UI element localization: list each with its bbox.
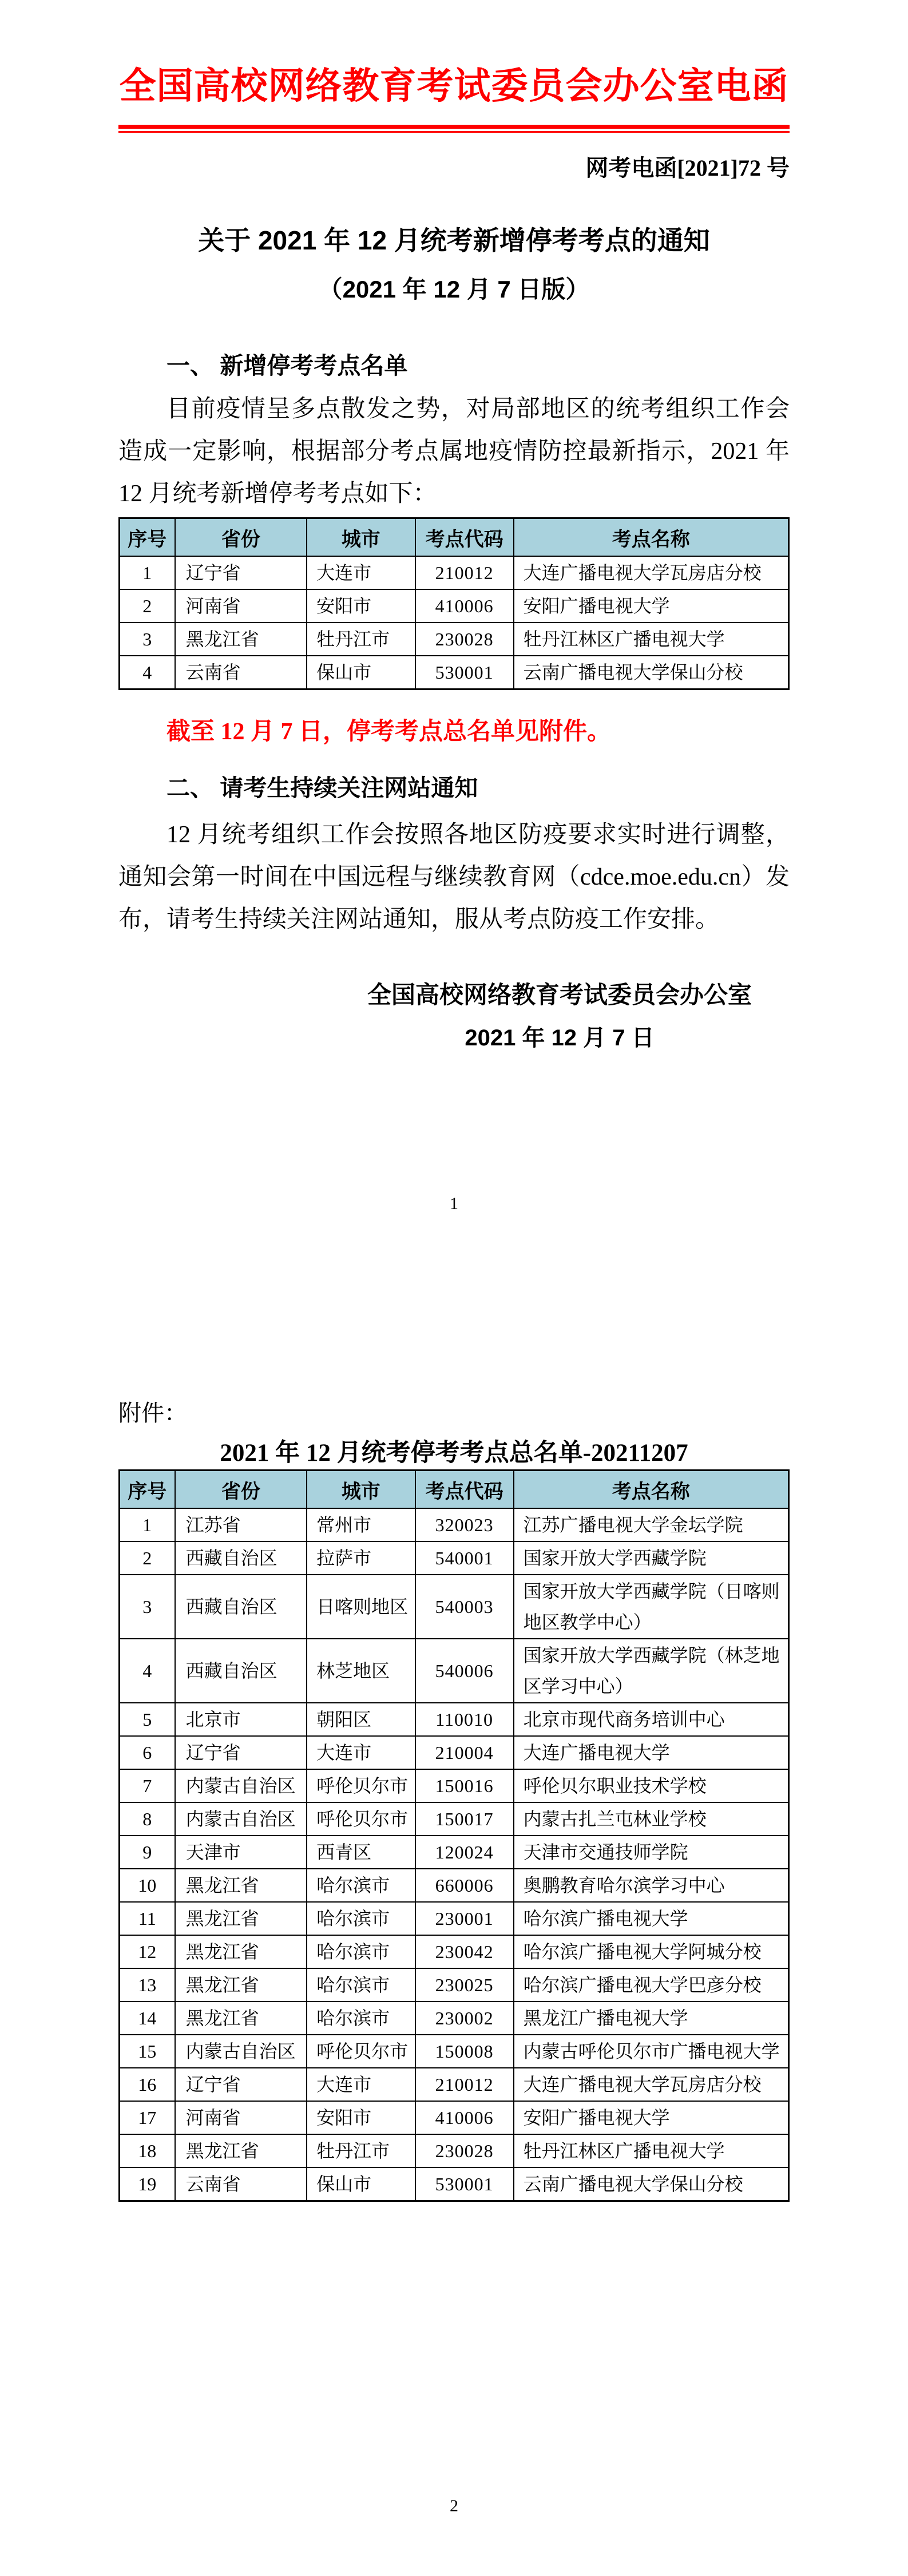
cell-city: 大连市 bbox=[307, 2068, 415, 2101]
cell-province: 辽宁省 bbox=[175, 2068, 307, 2101]
cell-seq: 1 bbox=[120, 1508, 175, 1541]
cell-code: 540006 bbox=[415, 1639, 514, 1703]
page-number-2: 2 bbox=[118, 2494, 790, 2519]
cell-seq: 13 bbox=[120, 1968, 175, 2002]
cell-name: 牡丹江林区广播电视大学 bbox=[514, 2134, 789, 2167]
table-row: 10黑龙江省哈尔滨市660006奥鹏教育哈尔滨学习中心 bbox=[120, 1869, 789, 1902]
cell-seq: 4 bbox=[120, 656, 175, 689]
cell-seq: 8 bbox=[120, 1802, 175, 1836]
cell-code: 530001 bbox=[415, 2167, 514, 2201]
table-row: 2西藏自治区拉萨市540001国家开放大学西藏学院 bbox=[120, 1541, 789, 1575]
signature-date: 2021 年 12 月 7 日 bbox=[367, 1022, 752, 1054]
cell-city: 大连市 bbox=[307, 1736, 415, 1769]
cell-name: 哈尔滨广播电视大学巴彦分校 bbox=[514, 1968, 789, 2002]
page-number-1: 1 bbox=[118, 1191, 790, 1216]
attachment-label: 附件： bbox=[118, 1397, 790, 1429]
header-code: 考点代码 bbox=[415, 518, 514, 557]
cell-city: 林芝地区 bbox=[307, 1639, 415, 1703]
cell-code: 410006 bbox=[415, 589, 514, 623]
cell-seq: 14 bbox=[120, 2002, 175, 2035]
cell-name: 内蒙古呼伦贝尔市广播电视大学 bbox=[514, 2035, 789, 2068]
cell-name: 黑龙江广播电视大学 bbox=[514, 2002, 789, 2035]
cell-code: 320023 bbox=[415, 1508, 514, 1541]
cell-name: 哈尔滨广播电视大学阿城分校 bbox=[514, 1935, 789, 1968]
cell-province: 河南省 bbox=[175, 589, 307, 623]
cell-province: 辽宁省 bbox=[175, 1736, 307, 1769]
cell-province: 黑龙江省 bbox=[175, 1869, 307, 1902]
table-row: 9天津市西青区120024天津市交通技师学院 bbox=[120, 1836, 789, 1869]
cell-code: 230028 bbox=[415, 2134, 514, 2167]
cell-province: 内蒙古自治区 bbox=[175, 2035, 307, 2068]
cell-code: 230002 bbox=[415, 2002, 514, 2035]
table-row: 4西藏自治区林芝地区540006国家开放大学西藏学院（林芝地区学习中心） bbox=[120, 1639, 789, 1703]
all-suspended-sites-table: 序号 省份 城市 考点代码 考点名称 1江苏省常州市320023江苏广播电视大学… bbox=[118, 1469, 790, 2202]
table-row: 18黑龙江省牡丹江市230028牡丹江林区广播电视大学 bbox=[120, 2134, 789, 2167]
cell-province: 河南省 bbox=[175, 2101, 307, 2134]
cell-city: 呼伦贝尔市 bbox=[307, 1769, 415, 1802]
cell-code: 230042 bbox=[415, 1935, 514, 1968]
cell-province: 辽宁省 bbox=[175, 556, 307, 589]
table-row: 5北京市朝阳区110010北京市现代商务培训中心 bbox=[120, 1703, 789, 1736]
cell-city: 保山市 bbox=[307, 2167, 415, 2201]
notice-subtitle: （2021 年 12 月 7 日版） bbox=[118, 274, 790, 306]
section1-paragraph: 目前疫情呈多点散发之势，对局部地区的统考组织工作会造成一定影响，根据部分考点属地… bbox=[118, 388, 790, 515]
table-header-row: 序号 省份 城市 考点代码 考点名称 bbox=[120, 518, 789, 557]
cell-name: 呼伦贝尔职业技术学校 bbox=[514, 1769, 789, 1802]
attachment-title: 2021 年 12 月统考停考考点总名单-20211207 bbox=[118, 1437, 790, 1469]
letterhead-title: 全国高校网络教育考试委员会办公室电函 bbox=[118, 64, 790, 108]
cell-seq: 10 bbox=[120, 1869, 175, 1902]
table-row: 7内蒙古自治区呼伦贝尔市150016呼伦贝尔职业技术学校 bbox=[120, 1769, 789, 1802]
table-row: 1辽宁省大连市210012大连广播电视大学瓦房店分校 bbox=[120, 556, 789, 589]
cell-code: 530001 bbox=[415, 656, 514, 689]
cell-seq: 7 bbox=[120, 1769, 175, 1802]
cell-province: 西藏自治区 bbox=[175, 1575, 307, 1639]
table-row: 1江苏省常州市320023江苏广播电视大学金坛学院 bbox=[120, 1508, 789, 1541]
cell-city: 牡丹江市 bbox=[307, 2134, 415, 2167]
cell-name: 大连广播电视大学瓦房店分校 bbox=[514, 2068, 789, 2101]
table-row: 15内蒙古自治区呼伦贝尔市150008内蒙古呼伦贝尔市广播电视大学 bbox=[120, 2035, 789, 2068]
cell-province: 黑龙江省 bbox=[175, 1968, 307, 2002]
table-row: 16辽宁省大连市210012大连广播电视大学瓦房店分校 bbox=[120, 2068, 789, 2101]
cell-name: 北京市现代商务培训中心 bbox=[514, 1703, 789, 1736]
cell-city: 哈尔滨市 bbox=[307, 2002, 415, 2035]
cell-province: 天津市 bbox=[175, 1836, 307, 1869]
table-row: 6辽宁省大连市210004大连广播电视大学 bbox=[120, 1736, 789, 1769]
table-row: 11黑龙江省哈尔滨市230001哈尔滨广播电视大学 bbox=[120, 1902, 789, 1935]
table-row: 12黑龙江省哈尔滨市230042哈尔滨广播电视大学阿城分校 bbox=[120, 1935, 789, 1968]
cell-seq: 4 bbox=[120, 1639, 175, 1703]
header-city: 城市 bbox=[307, 1471, 415, 1509]
cell-name: 天津市交通技师学院 bbox=[514, 1836, 789, 1869]
cell-province: 黑龙江省 bbox=[175, 2134, 307, 2167]
cell-name: 云南广播电视大学保山分校 bbox=[514, 2167, 789, 2201]
letterhead-divider-rule bbox=[118, 125, 790, 133]
cell-name: 国家开放大学西藏学院 bbox=[514, 1541, 789, 1575]
cell-seq: 2 bbox=[120, 1541, 175, 1575]
header-name: 考点名称 bbox=[514, 1471, 789, 1509]
header-seq: 序号 bbox=[120, 518, 175, 557]
cell-city: 哈尔滨市 bbox=[307, 1869, 415, 1902]
cell-seq: 19 bbox=[120, 2167, 175, 2201]
cell-city: 安阳市 bbox=[307, 2101, 415, 2134]
cell-code: 110010 bbox=[415, 1703, 514, 1736]
cell-seq: 2 bbox=[120, 589, 175, 623]
cell-code: 150017 bbox=[415, 1802, 514, 1836]
cell-city: 西青区 bbox=[307, 1836, 415, 1869]
cell-code: 150016 bbox=[415, 1769, 514, 1802]
section1-heading: 一、 新增停考考点名单 bbox=[118, 349, 790, 382]
cell-city: 朝阳区 bbox=[307, 1703, 415, 1736]
cell-code: 540001 bbox=[415, 1541, 514, 1575]
header-seq: 序号 bbox=[120, 1471, 175, 1509]
table-row: 19云南省保山市530001云南广播电视大学保山分校 bbox=[120, 2167, 789, 2201]
notice-title: 关于 2021 年 12 月统考新增停考考点的通知 bbox=[118, 222, 790, 259]
cell-code: 410006 bbox=[415, 2101, 514, 2134]
cell-city: 拉萨市 bbox=[307, 1541, 415, 1575]
cell-city: 哈尔滨市 bbox=[307, 1902, 415, 1935]
cell-code: 210012 bbox=[415, 556, 514, 589]
cell-code: 660006 bbox=[415, 1869, 514, 1902]
cell-code: 210004 bbox=[415, 1736, 514, 1769]
table-row: 3西藏自治区日喀则地区540003国家开放大学西藏学院（日喀则地区教学中心） bbox=[120, 1575, 789, 1639]
cell-city: 日喀则地区 bbox=[307, 1575, 415, 1639]
cell-name: 江苏广播电视大学金坛学院 bbox=[514, 1508, 789, 1541]
deadline-red-note: 截至 12 月 7 日，停考考点总名单见附件。 bbox=[118, 715, 790, 748]
cell-seq: 16 bbox=[120, 2068, 175, 2101]
cell-seq: 18 bbox=[120, 2134, 175, 2167]
cell-name: 安阳广播电视大学 bbox=[514, 589, 789, 623]
table-row: 8内蒙古自治区呼伦贝尔市150017内蒙古扎兰屯林业学校 bbox=[120, 1802, 789, 1836]
cell-code: 210012 bbox=[415, 2068, 514, 2101]
cell-code: 150008 bbox=[415, 2035, 514, 2068]
cell-province: 北京市 bbox=[175, 1703, 307, 1736]
cell-province: 内蒙古自治区 bbox=[175, 1802, 307, 1836]
header-province: 省份 bbox=[175, 518, 307, 557]
cell-city: 呼伦贝尔市 bbox=[307, 2035, 415, 2068]
cell-province: 西藏自治区 bbox=[175, 1541, 307, 1575]
cell-name: 大连广播电视大学瓦房店分校 bbox=[514, 556, 789, 589]
cell-city: 保山市 bbox=[307, 656, 415, 689]
cell-seq: 6 bbox=[120, 1736, 175, 1769]
cell-city: 哈尔滨市 bbox=[307, 1968, 415, 2002]
cell-seq: 11 bbox=[120, 1902, 175, 1935]
table-row: 2河南省安阳市410006安阳广播电视大学 bbox=[120, 589, 789, 623]
cell-name: 云南广播电视大学保山分校 bbox=[514, 656, 789, 689]
cell-province: 黑龙江省 bbox=[175, 2002, 307, 2035]
cell-seq: 12 bbox=[120, 1935, 175, 1968]
cell-name: 奥鹏教育哈尔滨学习中心 bbox=[514, 1869, 789, 1902]
table-row: 13黑龙江省哈尔滨市230025哈尔滨广播电视大学巴彦分校 bbox=[120, 1968, 789, 2002]
section2-paragraph: 12 月统考组织工作会按照各地区防疫要求实时进行调整，通知会第一时间在中国远程与… bbox=[118, 814, 790, 941]
cell-seq: 15 bbox=[120, 2035, 175, 2068]
cell-province: 云南省 bbox=[175, 656, 307, 689]
cell-province: 黑龙江省 bbox=[175, 623, 307, 656]
cell-code: 120024 bbox=[415, 1836, 514, 1869]
section2-heading: 二、 请考生持续关注网站通知 bbox=[118, 771, 790, 804]
cell-code: 230028 bbox=[415, 623, 514, 656]
cell-city: 牡丹江市 bbox=[307, 623, 415, 656]
cell-province: 黑龙江省 bbox=[175, 1902, 307, 1935]
cell-name: 安阳广播电视大学 bbox=[514, 2101, 789, 2134]
cell-seq: 1 bbox=[120, 556, 175, 589]
cell-city: 大连市 bbox=[307, 556, 415, 589]
cell-province: 江苏省 bbox=[175, 1508, 307, 1541]
cell-code: 230001 bbox=[415, 1902, 514, 1935]
cell-name: 哈尔滨广播电视大学 bbox=[514, 1902, 789, 1935]
cell-city: 呼伦贝尔市 bbox=[307, 1802, 415, 1836]
cell-name: 国家开放大学西藏学院（日喀则地区教学中心） bbox=[514, 1575, 789, 1639]
cell-province: 西藏自治区 bbox=[175, 1639, 307, 1703]
cell-name: 国家开放大学西藏学院（林芝地区学习中心） bbox=[514, 1639, 789, 1703]
cell-province: 黑龙江省 bbox=[175, 1935, 307, 1968]
signature-organization: 全国高校网络教育考试委员会办公室 bbox=[367, 978, 752, 1012]
cell-name: 牡丹江林区广播电视大学 bbox=[514, 623, 789, 656]
cell-name: 内蒙古扎兰屯林业学校 bbox=[514, 1802, 789, 1836]
document-page: 全国高校网络教育考试委员会办公室电函 网考电函[2021]72 号 关于 202… bbox=[0, 0, 908, 2576]
document-number: 网考电函[2021]72 号 bbox=[118, 152, 790, 184]
cell-code: 230025 bbox=[415, 1968, 514, 2002]
cell-province: 云南省 bbox=[175, 2167, 307, 2201]
table-header-row: 序号 省份 城市 考点代码 考点名称 bbox=[120, 1471, 789, 1509]
header-province: 省份 bbox=[175, 1471, 307, 1509]
new-suspended-sites-table: 序号 省份 城市 考点代码 考点名称 1辽宁省大连市210012大连广播电视大学… bbox=[118, 517, 790, 690]
cell-seq: 5 bbox=[120, 1703, 175, 1736]
cell-name: 大连广播电视大学 bbox=[514, 1736, 789, 1769]
cell-seq: 9 bbox=[120, 1836, 175, 1869]
header-name: 考点名称 bbox=[514, 518, 789, 557]
header-code: 考点代码 bbox=[415, 1471, 514, 1509]
header-city: 城市 bbox=[307, 518, 415, 557]
cell-city: 安阳市 bbox=[307, 589, 415, 623]
table-row: 4云南省保山市530001云南广播电视大学保山分校 bbox=[120, 656, 789, 689]
cell-seq: 3 bbox=[120, 1575, 175, 1639]
cell-city: 常州市 bbox=[307, 1508, 415, 1541]
cell-province: 内蒙古自治区 bbox=[175, 1769, 307, 1802]
cell-code: 540003 bbox=[415, 1575, 514, 1639]
table-row: 17河南省安阳市410006安阳广播电视大学 bbox=[120, 2101, 789, 2134]
cell-seq: 3 bbox=[120, 623, 175, 656]
signature-block: 全国高校网络教育考试委员会办公室 2021 年 12 月 7 日 bbox=[118, 978, 790, 1054]
cell-city: 哈尔滨市 bbox=[307, 1935, 415, 1968]
table-row: 3黑龙江省牡丹江市230028牡丹江林区广播电视大学 bbox=[120, 623, 789, 656]
table-row: 14黑龙江省哈尔滨市230002黑龙江广播电视大学 bbox=[120, 2002, 789, 2035]
cell-seq: 17 bbox=[120, 2101, 175, 2134]
